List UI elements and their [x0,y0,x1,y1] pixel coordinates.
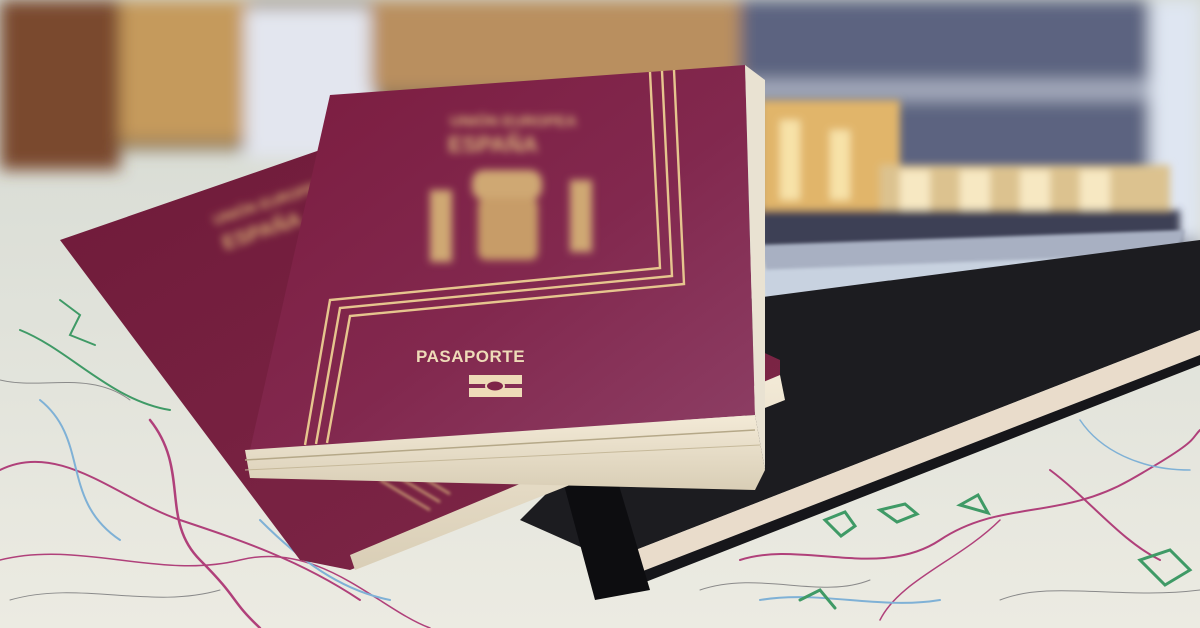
photo-scene: UNIÓN EUROPEA ESPAÑA UNIÓN EUROPEA ESPAÑ… [0,0,1200,628]
photo-canvas: UNIÓN EUROPEA ESPAÑA UNIÓN EUROPEA ESPAÑ… [0,0,1200,628]
passport-title: PASAPORTE [416,347,525,366]
front-passport-header-1: UNIÓN EUROPEA [450,112,577,130]
front-passport-header-2: ESPAÑA [448,132,538,157]
passport-front: UNIÓN EUROPEA ESPAÑA PASAPORTE [245,65,765,490]
